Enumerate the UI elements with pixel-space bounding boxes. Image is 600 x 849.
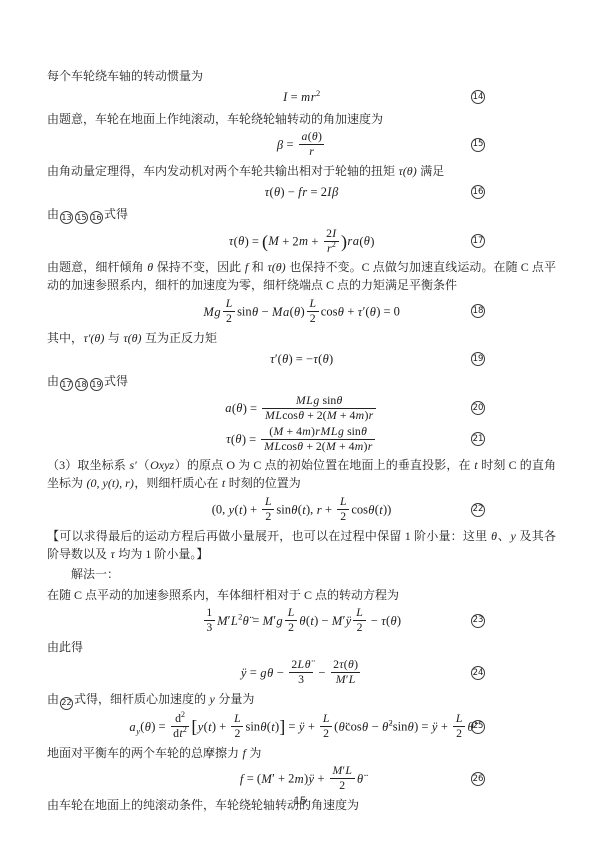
equation-row: τ′(θ) = −τ(θ)19 [47,349,556,369]
equation: β = a(θ)r [277,130,327,159]
document-page: 每个车轮绕车轴的转动惯量为I = mr214由题意，车轮在地面上作纯滚动，车轮绕… [0,0,600,849]
paragraph: 由131516式得 [47,205,556,225]
paragraph: 由题意，细杆倾角 θ 保持不变，因此 f 和 τ(θ) 也保持不变。C 点做匀加… [47,258,556,294]
fraction: L2 [285,606,297,635]
equation-number: 20 [471,401,485,415]
equation: τ(θ) = (M + 2m + 2Ir2)ra(θ) [229,227,375,256]
equation-row: τ(θ) − fr = 2Iβ16 [47,182,556,202]
fraction: L2 [262,495,274,524]
paragraph: （3）取坐标系 s′（Oxyz）的原点 O 为 C 点的初始位置在地面上的垂直投… [47,456,556,492]
equation: ay(θ) = d2dt2[y(t) + L2sinθ(t)] = ÿ + L2… [129,712,474,741]
equation-row: β = a(θ)r15 [47,130,556,159]
equation-number: 19 [471,352,485,366]
fraction: a(θ)r [299,130,325,159]
paragraph: 【可以求得最后的运动方程后再做小量展开，也可以在过程中保留 1 阶小量：这里 θ… [47,527,556,563]
fraction: d2dt2 [171,712,190,741]
equation-row: I = mr214 [47,87,556,107]
equation-number: 25 [471,720,485,734]
inline-circled-number: 17 [60,378,73,391]
math-variable: (0, y(t), r) [86,476,134,490]
equation: ÿ = gθ − 2Lθ̈3 − 2τ(θ)M′L [241,658,363,687]
equation-row: 13M′L2θ̈ = M′gL2θ(t) − M′ÿL2 − τ(θ)23 [47,606,556,635]
fraction: L2 [231,712,243,741]
inline-circled-number: 15 [75,211,88,224]
math-variable: τ(θ) [123,331,142,345]
inline-circled-number: 13 [60,211,73,224]
equation-row: f = (M′ + 2m)ÿ + M′L2θ̈26 [47,764,556,793]
equation-number: 24 [471,666,485,680]
math-variable: t [221,476,225,490]
math-variable: y [510,529,516,543]
equation-number: 14 [471,90,485,104]
math-variable: f [244,260,248,274]
paragraph: 解法一： [47,565,556,583]
paragraph: 由题意，车轮在地面上作纯滚动，车轮绕轮轴转动的角加速度为 [47,110,556,128]
math-variable: θ [147,260,154,274]
fraction: (M + 4m)rMLg sinθMLcosθ + 2(M + 4m)r [261,425,375,454]
fraction: 2τ(θ)M′L [331,658,361,687]
equation-number: 26 [471,772,485,786]
fraction: L2 [307,297,319,326]
paragraph: 由角动量定理得，车内发动机对两个车轮共输出相对于轮轴的扭矩 τ(θ) 满足 [47,162,556,180]
equation-number: 16 [471,185,485,199]
fraction: M′L2 [330,764,355,793]
fraction: L2 [320,712,332,741]
equation-row: a(θ) = MLg sinθMLcosθ + 2(M + 4m)r20 [47,394,556,423]
paragraph: 由171819式得 [47,372,556,392]
equation-row: MgL2sinθ − Ma(θ)L2cosθ + τ′(θ) = 018 [47,297,556,326]
math-variable: f [242,746,246,760]
fraction: 13 [204,606,215,635]
paragraph: 由22式得，细杆质心加速度的 y 分量为 [47,690,556,710]
inline-circled-number: 18 [75,378,88,391]
inline-circled-number: 22 [60,697,73,710]
page-number: 15 [0,795,600,807]
math-variable: τ(θ) [267,260,286,274]
fraction: MLg sinθMLcosθ + 2(M + 4m)r [262,394,376,423]
equation-row: ay(θ) = d2dt2[y(t) + L2sinθ(t)] = ÿ + L2… [47,712,556,741]
equation: τ′(θ) = −τ(θ) [270,352,333,367]
math-variable: τ′(θ) [83,331,105,345]
paragraph: 每个车轮绕车轴的转动惯量为 [47,67,556,85]
math-variable: τ(θ) [398,164,417,178]
equation: τ(θ) = (M + 4m)rMLg sinθMLcosθ + 2(M + 4… [226,425,377,454]
paragraph: 由此得 [47,638,556,656]
paragraph: 在随 C 点平动的加速参照系内，车体细杆相对于 C 点的转动方程为 [47,586,556,604]
math-variable: Oxyz [150,458,175,472]
fraction: L2 [453,712,465,741]
paragraph: 地面对平衡车的两个车轮的总摩擦力 f 为 [47,744,556,762]
equation-row: τ(θ) = (M + 4m)rMLg sinθMLcosθ + 2(M + 4… [47,425,556,454]
fraction: L2 [337,495,349,524]
equation: MgL2sinθ − Ma(θ)L2cosθ + τ′(θ) = 0 [203,297,400,326]
equation-row: (0, y(t) + L2sinθ(t), r + L2cosθ(t))22 [47,495,556,524]
math-variable: t [474,458,478,472]
fraction: 2Lθ̈3 [289,658,313,687]
equation: 13M′L2θ̈ = M′gL2θ(t) − M′ÿL2 − τ(θ) [202,606,401,635]
equation-number: 18 [471,304,485,318]
fraction: L2 [223,297,235,326]
equation-number: 22 [471,503,485,517]
math-variable: θ [491,529,498,543]
fraction: L2 [353,606,365,635]
equation: I = mr2 [283,90,320,105]
math-variable: s′ [129,458,137,472]
equation-number: 21 [471,432,485,446]
equation-number: 15 [471,138,485,152]
equation-number: 17 [471,234,485,248]
equation: τ(θ) − fr = 2Iβ [264,185,338,200]
equation-row: ÿ = gθ − 2Lθ̈3 − 2τ(θ)M′L24 [47,658,556,687]
equation-row: τ(θ) = (M + 2m + 2Ir2)ra(θ)17 [47,227,556,256]
document-body: 每个车轮绕车轴的转动惯量为I = mr214由题意，车轮在地面上作纯滚动，车轮绕… [47,64,556,816]
math-variable: y [209,692,215,706]
equation: (0, y(t) + L2sinθ(t), r + L2cosθ(t)) [212,495,392,524]
equation-number: 23 [471,614,485,628]
inline-circled-number: 19 [90,378,103,391]
paragraph: 其中，τ′(θ) 与 τ(θ) 互为正反力矩 [47,329,556,347]
equation: a(θ) = MLg sinθMLcosθ + 2(M + 4m)r [225,394,378,423]
fraction: 2Ir2 [324,227,339,256]
math-variable: τ [110,547,115,561]
equation: f = (M′ + 2m)ÿ + M′L2θ̈ [240,764,364,793]
inline-circled-number: 16 [90,211,103,224]
